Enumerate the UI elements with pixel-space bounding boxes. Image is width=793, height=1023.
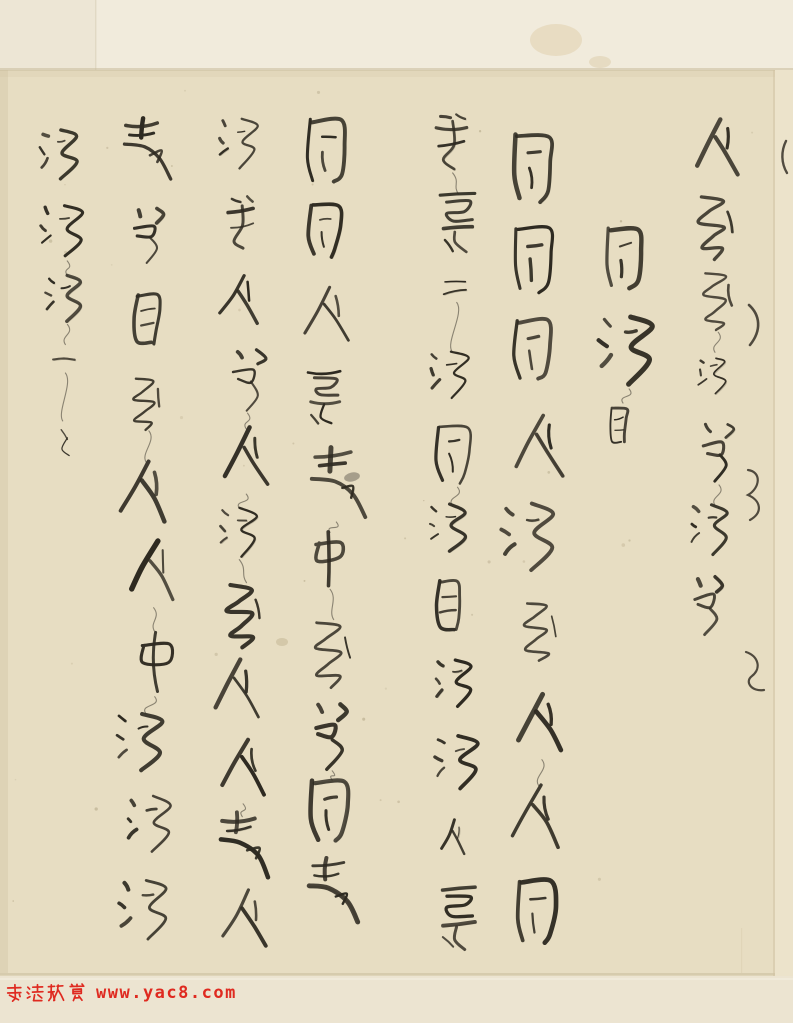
- calligraphy-page: www.yac8.com: [0, 0, 793, 1023]
- calligraphy-artwork: [0, 0, 793, 1023]
- watermark-site-name-glyphs: [5, 982, 87, 1004]
- site-watermark: www.yac8.com: [5, 981, 237, 1005]
- watermark-url: www.yac8.com: [96, 981, 237, 1005]
